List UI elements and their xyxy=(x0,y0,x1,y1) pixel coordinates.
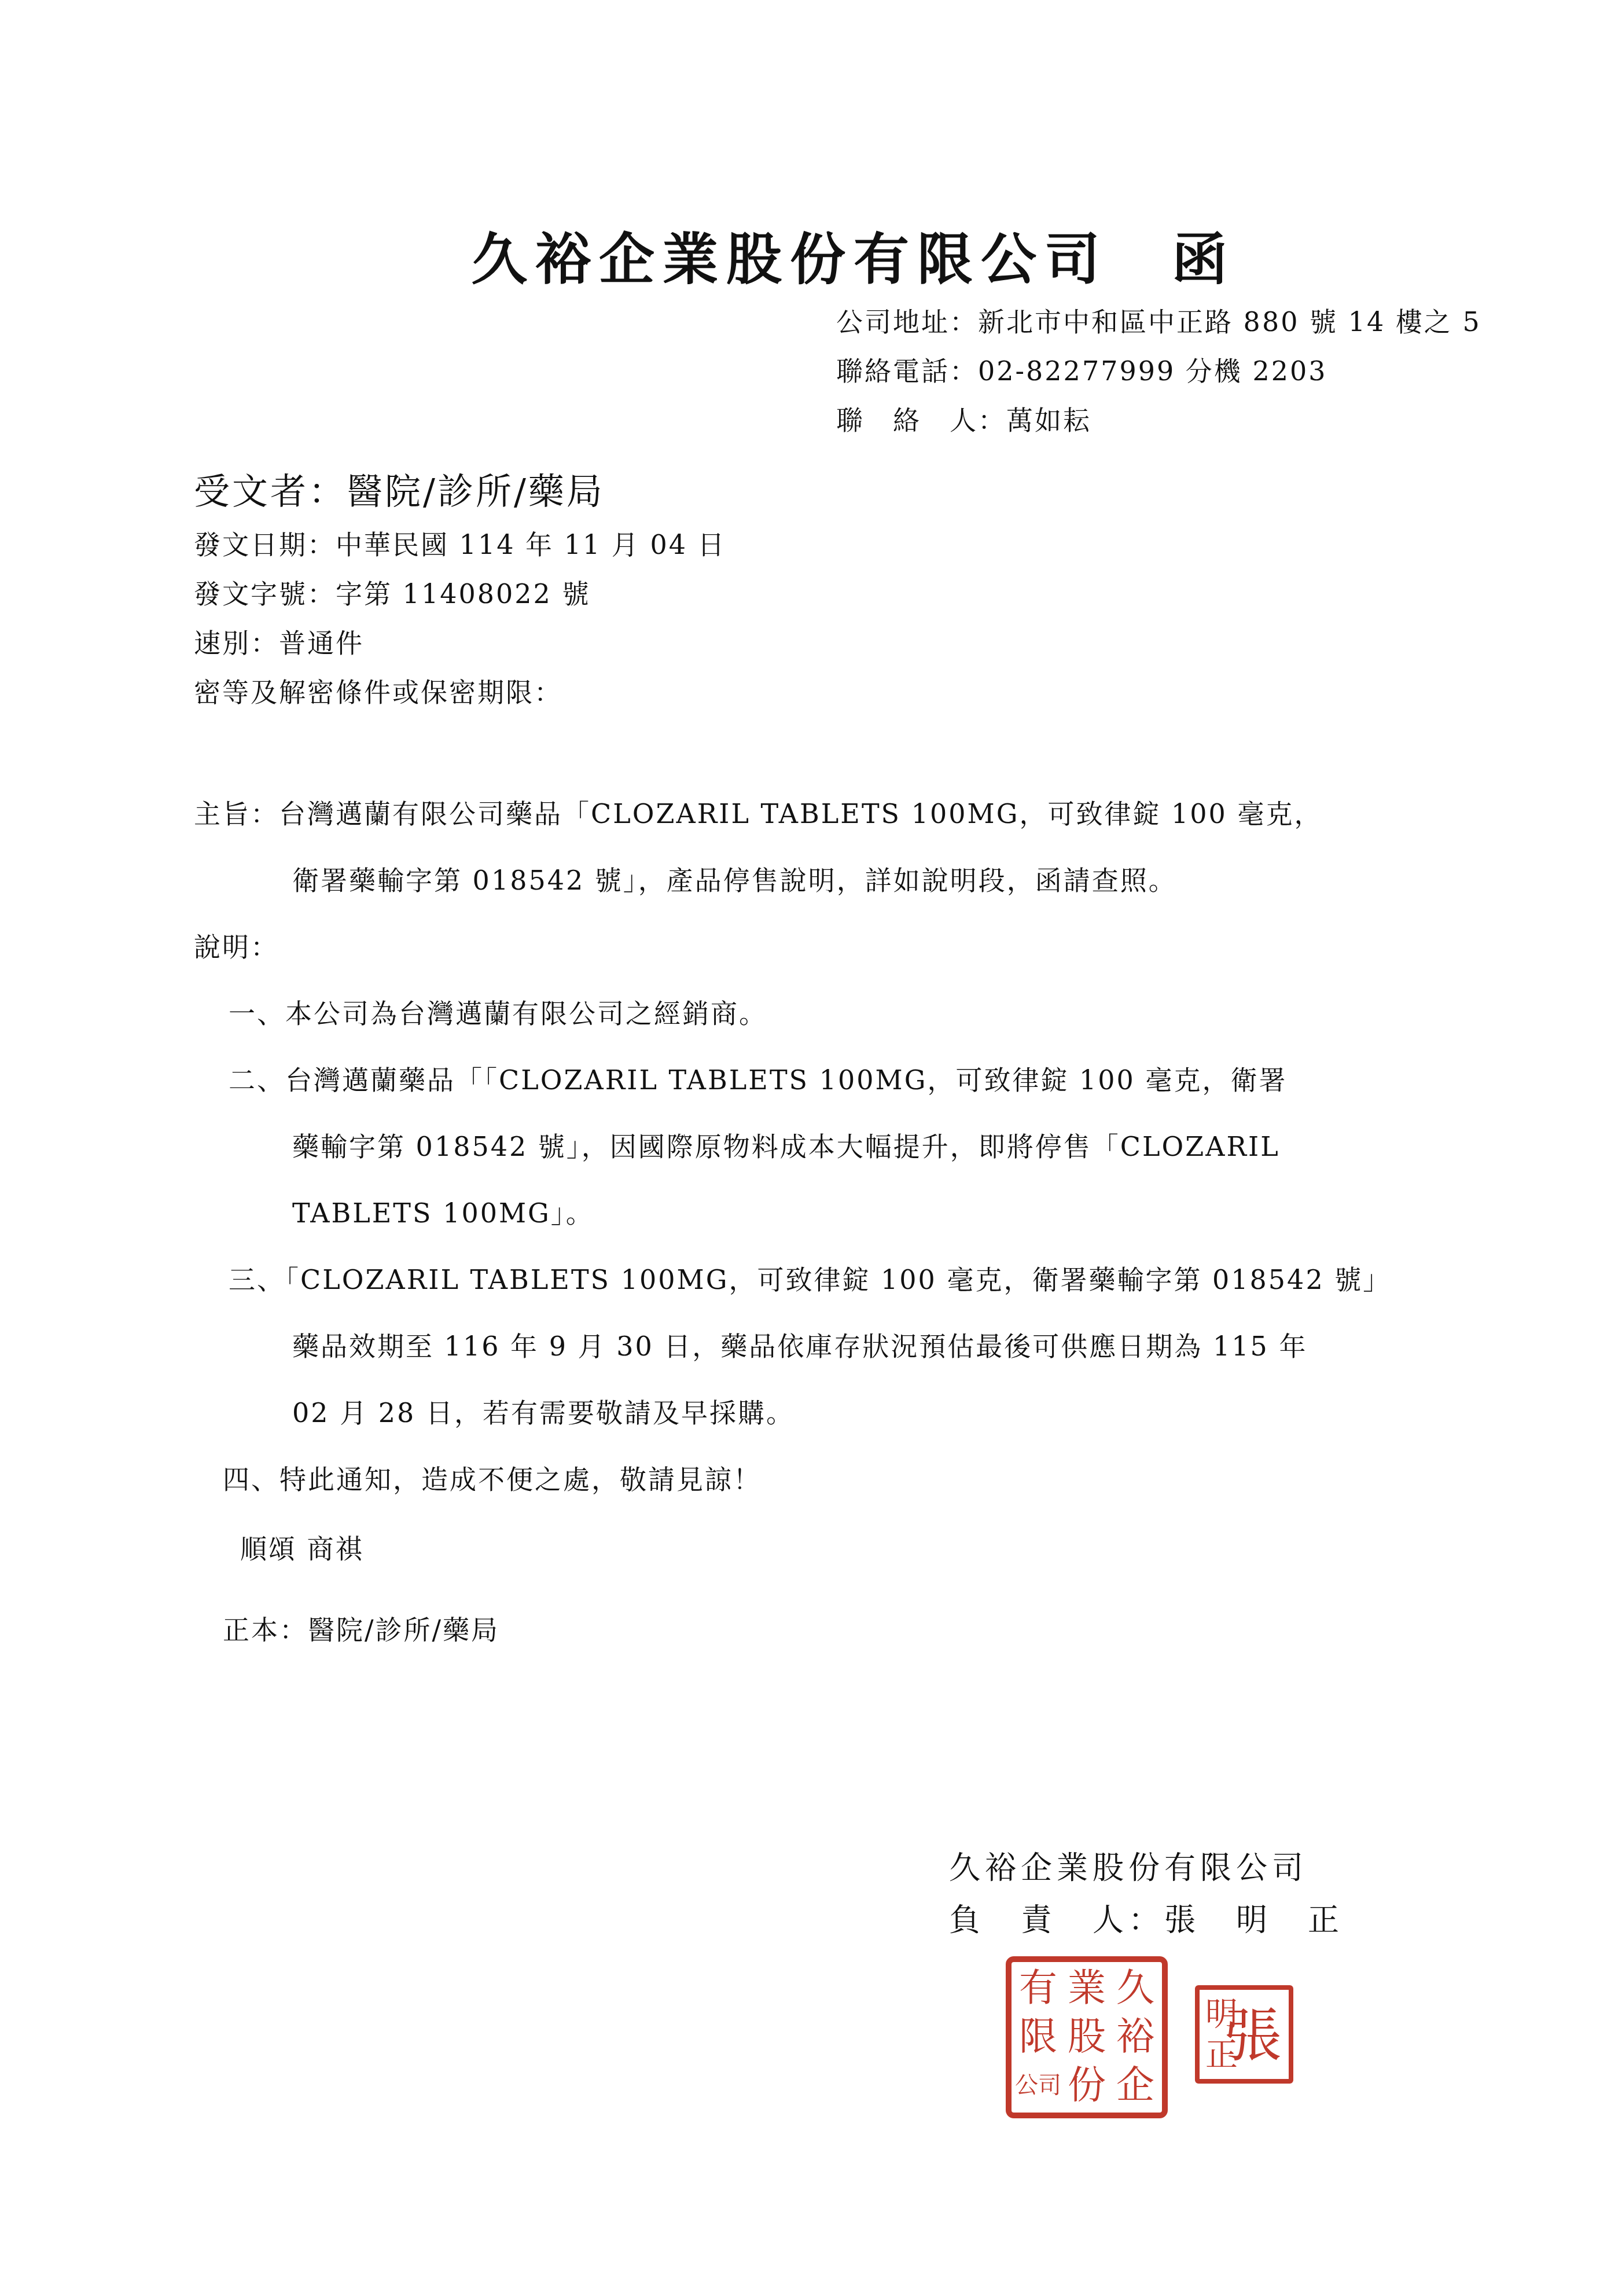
seal-char: 股 xyxy=(1062,2013,1111,2062)
address-label: 公司地址： xyxy=(836,306,978,337)
speed-line: 速別：普通件 xyxy=(194,622,364,660)
ref-value: 字第 11408022 號 xyxy=(336,578,590,609)
copy-to-label: 正本： xyxy=(223,1614,308,1645)
item-2: 二、台灣邁蘭藥品「「CLOZARIL TABLETS 100MG，可致律錠 10… xyxy=(229,1059,1287,1097)
item-2-line-2: 藥輸字第 018542 號」，因國際原物料成本大幅提升，即將停售「CLOZARI… xyxy=(292,1126,1280,1164)
subject-line-1: 主旨：台灣邁蘭有限公司藥品「CLOZARIL TABLETS 100MG，可致律… xyxy=(194,793,1322,831)
signature-person-name: 張 明 正 xyxy=(1164,1902,1344,1938)
letter-title: 久裕企業股份有限公司函 xyxy=(472,215,1235,295)
subject-line-2: 衛署藥輸字第 018542 號」，產品停售說明，詳如說明段，函請查照。 xyxy=(292,859,1177,898)
subject-text-1: 台灣邁蘭有限公司藥品「CLOZARIL TABLETS 100MG，可致律錠 1… xyxy=(279,798,1322,829)
signature-person-line: 負 責 人：張 明 正 xyxy=(949,1895,1344,1940)
item-1: 一、本公司為台灣邁蘭有限公司之經銷商。 xyxy=(229,993,767,1031)
date-label: 發文日期： xyxy=(194,529,336,560)
item-number: 三、 xyxy=(229,1264,285,1295)
subject-label: 主旨： xyxy=(194,798,279,829)
address-line: 公司地址：新北市中和區中正路 880 號 14 樓之 5 xyxy=(836,301,1481,339)
recipient-line: 受文者：醫院/診所/藥局 xyxy=(194,463,605,515)
seal-char: 明 xyxy=(1205,1996,1238,2034)
seal-char: 限 xyxy=(1014,2013,1062,2062)
address-value: 新北市中和區中正路 880 號 14 樓之 5 xyxy=(978,306,1481,337)
seal-char: 久 xyxy=(1111,1964,1160,2013)
item-number: 一、 xyxy=(229,998,285,1029)
recipient-value: 醫院/診所/藥局 xyxy=(347,471,605,513)
seal-char: 公司 xyxy=(1014,2062,1062,2110)
company-seal: 久 裕 企 業 股 份 有 限 公司 xyxy=(1006,1956,1168,2118)
item-number: 四、 xyxy=(223,1464,279,1495)
seal-char: 有 xyxy=(1014,1964,1062,2013)
contact-label: 聯 絡 人： xyxy=(836,405,1006,436)
item-text: 本公司為台灣邁蘭有限公司之經銷商。 xyxy=(285,998,767,1029)
item-number: 二、 xyxy=(229,1064,285,1096)
speed-value: 普通件 xyxy=(279,627,364,659)
item-text: 特此通知，造成不便之處，敬請見諒！ xyxy=(279,1464,762,1495)
item-2-line-3: TABLETS 100MG」。 xyxy=(292,1192,594,1230)
doc-type: 函 xyxy=(1172,227,1235,292)
ref-line: 發文字號：字第 11408022 號 xyxy=(194,573,590,611)
contact-value: 萬如耘 xyxy=(1006,405,1091,436)
ref-label: 發文字號： xyxy=(194,578,336,609)
explanation-label: 說明： xyxy=(194,926,279,964)
item-3-line-3: 02 月 28 日，若有需要敬請及早採購。 xyxy=(292,1392,795,1430)
phone-value: 02-82277999 分機 2203 xyxy=(978,355,1327,387)
personal-seal: 張 明 正 xyxy=(1195,1985,1293,2084)
closing: 順頌 商祺 xyxy=(240,1528,364,1566)
copy-to-line: 正本：醫院/診所/藥局 xyxy=(223,1609,499,1647)
speed-label: 速別： xyxy=(194,627,279,659)
recipient-label: 受文者： xyxy=(194,471,347,513)
item-text: 台灣邁蘭藥品「「CLOZARIL TABLETS 100MG，可致律錠 100 … xyxy=(285,1064,1287,1096)
company-name: 久裕企業股份有限公司 xyxy=(472,227,1108,292)
date-line: 發文日期：中華民國 114 年 11 月 04 日 xyxy=(194,524,726,562)
secrecy-label: 密等及解密條件或保密期限： xyxy=(194,677,562,708)
secrecy-line: 密等及解密條件或保密期限： xyxy=(194,671,562,710)
seal-char: 企 xyxy=(1111,2062,1160,2110)
phone-line: 聯絡電話：02-82277999 分機 2203 xyxy=(836,350,1327,388)
seal-char: 份 xyxy=(1062,2062,1111,2110)
item-3-line-2: 藥品效期至 116 年 9 月 30 日，藥品依庫存狀況預估最後可供應日期為 1… xyxy=(292,1325,1307,1364)
item-text: 「CLOZARIL TABLETS 100MG，可致律錠 100 毫克，衛署藥輸… xyxy=(285,1264,1391,1295)
phone-label: 聯絡電話： xyxy=(836,355,978,387)
date-value: 中華民國 114 年 11 月 04 日 xyxy=(336,529,726,560)
contact-line: 聯 絡 人：萬如耘 xyxy=(836,399,1091,438)
copy-to-value: 醫院/診所/藥局 xyxy=(308,1614,499,1645)
seal-char: 正 xyxy=(1205,2036,1238,2074)
item-4: 四、特此通知，造成不便之處，敬請見諒！ xyxy=(223,1459,762,1497)
seal-char: 業 xyxy=(1062,1964,1111,2013)
signature-person-label: 負 責 人： xyxy=(949,1902,1164,1938)
seal-char: 裕 xyxy=(1111,2013,1160,2062)
item-3: 三、「CLOZARIL TABLETS 100MG，可致律錠 100 毫克，衛署… xyxy=(229,1259,1391,1297)
signature-company: 久裕企業股份有限公司 xyxy=(949,1843,1308,1888)
